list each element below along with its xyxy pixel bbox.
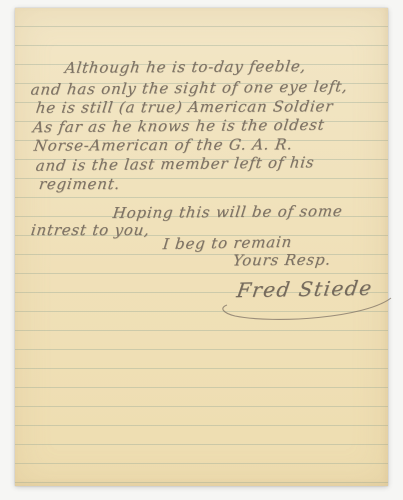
handwritten-line: and is the last member left of his bbox=[35, 153, 316, 174]
handwritten-line: and has only the sight of one eye left, bbox=[30, 77, 349, 98]
handwritten-line: intrest to you, bbox=[30, 221, 151, 239]
signature-flourish-icon bbox=[215, 294, 395, 328]
handwritten-line: regiment. bbox=[38, 175, 121, 193]
handwritten-line: Hoping this will be of some bbox=[112, 202, 344, 222]
handwritten-line: he is still (a true) American Soldier bbox=[35, 97, 335, 117]
handwritten-line: As far as he knows he is the oldest bbox=[32, 116, 326, 137]
handwritten-line: Although he is to-day feeble, bbox=[64, 57, 307, 77]
letter-page: Although he is to-day feeble, and has on… bbox=[15, 8, 388, 486]
handwritten-line: Yours Resp. bbox=[232, 251, 332, 270]
scanned-letter-image: Although he is to-day feeble, and has on… bbox=[0, 0, 403, 500]
handwritten-line: Norse-American of the G. A. R. bbox=[33, 135, 294, 154]
